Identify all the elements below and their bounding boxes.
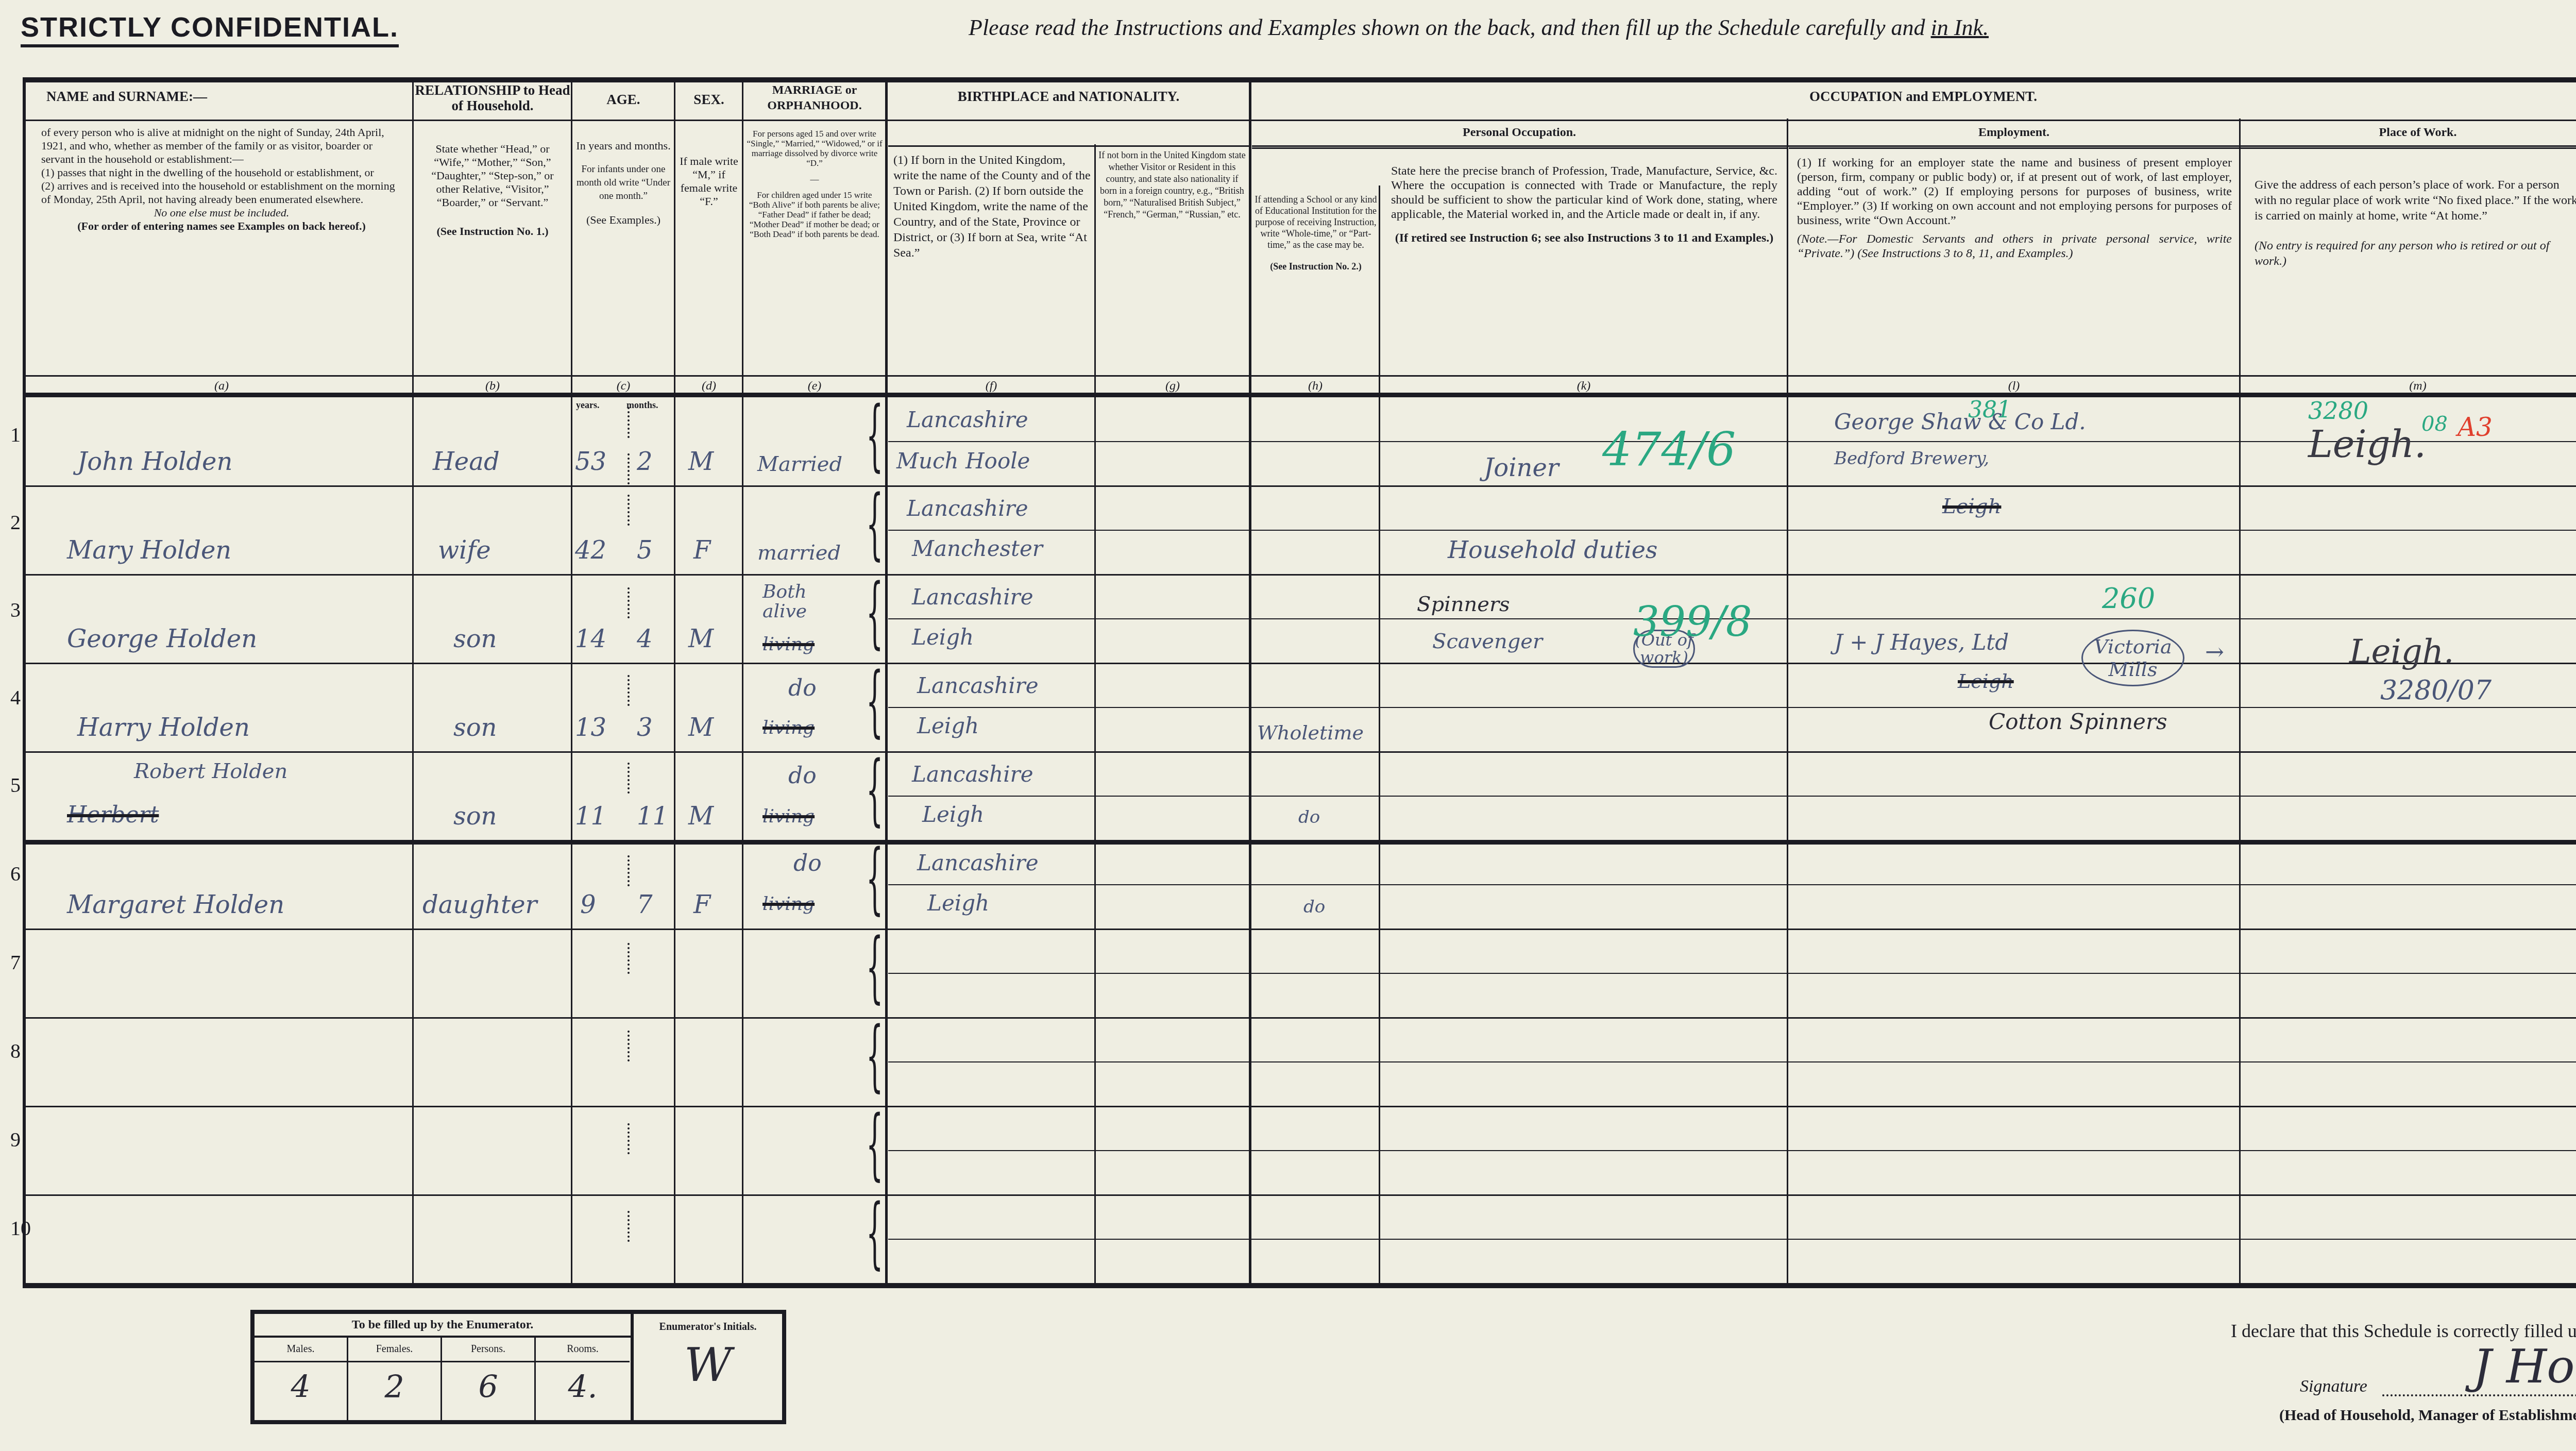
- half-rule-7: [888, 973, 2576, 974]
- divider-f-g: [1094, 144, 1096, 1283]
- divider-g-h: [1249, 82, 1251, 1283]
- age-years-cell[interactable]: 11: [575, 802, 606, 831]
- col-a-body4: No one else must be included.: [41, 206, 402, 220]
- age-years-cell[interactable]: 13: [575, 713, 606, 742]
- row-rule-1: [26, 485, 2576, 487]
- marriage-cell[interactable]: Married: [757, 452, 842, 476]
- instruction-ink: in Ink.: [1931, 15, 1989, 40]
- colid-rule: [26, 375, 2576, 377]
- employer-code: 381: [1968, 397, 2011, 423]
- col-c-id: (c): [573, 379, 674, 393]
- occupation-cell-2[interactable]: Scavenger: [1432, 630, 1543, 653]
- age-separator: [628, 495, 630, 526]
- row-rule-3: [26, 663, 2576, 664]
- col-b-instructions: State whether “Head,” or “Wife,” “Mother…: [419, 142, 566, 238]
- col-f-instructions: (1) If born in the United Kingdom, write…: [893, 153, 1091, 261]
- sex-cell[interactable]: F: [693, 536, 710, 565]
- birth-county-cell[interactable]: Lancashire: [912, 584, 1033, 610]
- col-a-body3: (2) arrives and is received into the hou…: [41, 179, 402, 206]
- row-rule-7: [26, 1017, 2576, 1019]
- col-e-instructions: For persons aged 15 and over write “Sing…: [746, 129, 883, 239]
- enumerator-totals-box: To be filled up by the Enumerator. Males…: [250, 1310, 786, 1424]
- col-e-title: MARRIAGE or ORPHANHOOD.: [744, 82, 885, 113]
- document-title: STRICTLY CONFIDENTIAL.: [21, 11, 399, 47]
- name-cell[interactable]: John Holden: [77, 447, 232, 476]
- instruction-text: Please read the Instructions and Example…: [969, 15, 1931, 40]
- col-m-id: (m): [2241, 379, 2576, 393]
- enumerator-initials-field[interactable]: Enumerator's Initials.W: [631, 1314, 782, 1420]
- age-separator: [628, 855, 630, 886]
- row-number: 1: [10, 423, 21, 447]
- place-code-red: A3: [2458, 412, 2493, 442]
- brace-icon: {: [866, 751, 883, 829]
- signature-label: Signature: [2300, 1377, 2367, 1396]
- col-l-id: (l): [1789, 379, 2239, 393]
- name-correction[interactable]: Robert Holden: [134, 760, 287, 783]
- employer-town-struck: Leigh: [1942, 495, 2001, 518]
- birth-town-cell[interactable]: Leigh: [922, 802, 984, 827]
- col-fg-title: BIRTHPLACE and NATIONALITY.: [888, 89, 1249, 104]
- marriage-struck: living: [762, 806, 815, 827]
- col-d-instructions: If male write “M,” if female write “F.”: [679, 155, 739, 208]
- col-c-instructions: In years and months.For infants under on…: [576, 139, 671, 227]
- place-code: 3280: [2308, 397, 2368, 425]
- col-d-title: SEX.: [676, 92, 742, 107]
- relationship-cell[interactable]: son: [453, 802, 497, 831]
- col-g-instructions: If not born in the United Kingdom state …: [1097, 149, 1247, 221]
- relationship-cell[interactable]: son: [453, 713, 497, 742]
- sex-cell[interactable]: M: [688, 625, 714, 653]
- row-number: 8: [10, 1039, 21, 1063]
- age-separator: [628, 1031, 630, 1061]
- rooms-field[interactable]: Rooms.4.: [536, 1338, 630, 1420]
- birth-county-cell[interactable]: Lancashire: [917, 673, 1039, 698]
- females-field[interactable]: Females.2: [348, 1338, 442, 1420]
- row-number: 10: [10, 1216, 31, 1240]
- personal-occupation-rule: [1252, 147, 1787, 149]
- marriage-cell[interactable]: do: [788, 675, 817, 701]
- age-years-cell[interactable]: 42: [575, 536, 606, 565]
- fill-instructions: Please read the Instructions and Example…: [969, 14, 1989, 41]
- row-rule-8: [26, 1106, 2576, 1107]
- age-years-cell[interactable]: 9: [580, 890, 596, 919]
- occupation-cell[interactable]: Joiner: [1484, 453, 1559, 482]
- place-code: 3280/07: [2380, 675, 2492, 706]
- employer-address-cell[interactable]: Bedford Brewery,: [1834, 448, 1989, 469]
- school-cell[interactable]: do: [1303, 897, 1325, 917]
- employment-rule: [1789, 147, 2576, 149]
- row-number: 3: [10, 598, 21, 622]
- marriage-struck: living: [762, 893, 815, 915]
- signature[interactable]: J Holden: [2473, 1340, 2576, 1394]
- brace-icon: {: [866, 397, 883, 474]
- occupation-cell[interactable]: Household duties: [1448, 536, 1657, 564]
- employer-cell[interactable]: George Shaw & Co Ld.: [1834, 409, 2086, 434]
- half-rule-10: [888, 1239, 2576, 1240]
- col-k-id: (k): [1381, 379, 1787, 393]
- occupation-code: 474/6: [1602, 423, 1736, 477]
- age-separator: [628, 943, 630, 974]
- divider-e-f: [885, 82, 888, 1283]
- marriage-struck: living: [762, 634, 815, 655]
- birth-county-cell[interactable]: Lancashire: [912, 762, 1033, 787]
- row-number: 4: [10, 685, 21, 710]
- age-separator: [628, 675, 630, 706]
- school-cell[interactable]: do: [1298, 807, 1320, 828]
- brace-icon: {: [866, 485, 883, 563]
- row-rule-4: [26, 751, 2576, 753]
- employer-struck: Leigh: [1958, 670, 2014, 693]
- occupation-subrule: [1252, 145, 2576, 147]
- row-rule-5: [26, 840, 2576, 845]
- declaration-text: I declare that this Schedule is correctl…: [2231, 1320, 2576, 1342]
- males-field[interactable]: Males.4: [255, 1338, 348, 1420]
- sex-cell[interactable]: M: [688, 713, 714, 742]
- age-months-cell[interactable]: 4: [637, 625, 653, 653]
- age-separator: [628, 1211, 630, 1242]
- age-months-cell[interactable]: 7: [637, 890, 653, 919]
- row-number: 6: [10, 862, 21, 886]
- col-d-id: (d): [676, 379, 742, 393]
- name-cell[interactable]: Mary Holden: [67, 536, 231, 565]
- col-a-body2: (1) passes that night in the dwelling of…: [41, 166, 402, 179]
- marriage-cell[interactable]: do: [793, 850, 822, 876]
- divider-a-b: [412, 82, 414, 1283]
- col-m-instructions: Give the address of each person’s place …: [2255, 177, 2576, 269]
- col-b-title: RELATIONSHIP to Head of Household.: [414, 82, 571, 113]
- brace-icon: {: [866, 663, 883, 740]
- row-number: 2: [10, 510, 21, 534]
- col-a-body1: of every person who is alive at midnight…: [41, 126, 402, 166]
- half-rule-2: [888, 530, 2576, 531]
- divider-c-d: [674, 82, 675, 1283]
- col-a-title: NAME and SURNAME:—: [31, 89, 412, 104]
- signature-note: (Head of Household, Manager of Establish…: [2279, 1407, 2576, 1424]
- relationship-cell[interactable]: Head: [433, 447, 500, 476]
- occupation-code: 399/8: [1633, 598, 1752, 646]
- brace-icon: {: [866, 574, 883, 651]
- brace-icon: {: [866, 1106, 883, 1183]
- marriage-cell[interactable]: Both alive: [762, 582, 814, 621]
- row-number: 9: [10, 1127, 21, 1152]
- birth-town-cell[interactable]: Leigh: [912, 625, 974, 650]
- birthplace-subrule: [888, 145, 1249, 147]
- divider-b-c: [571, 82, 572, 1283]
- divider-h-k: [1379, 185, 1380, 1283]
- half-rule-5: [888, 796, 2576, 797]
- employer-circled: Victoria Mills: [2081, 630, 2184, 686]
- col-k-instructions: State here the precise branch of Profess…: [1391, 164, 1777, 245]
- place-code-2: 08: [2421, 412, 2448, 436]
- row-rule-2: [26, 574, 2576, 576]
- signature-line[interactable]: [2382, 1394, 2576, 1396]
- half-rule-9: [888, 1150, 2576, 1151]
- relationship-cell[interactable]: son: [453, 625, 497, 653]
- employer-cell[interactable]: J + J Hayes, Ltd: [1834, 630, 2009, 655]
- age-months-cell[interactable]: 2: [637, 447, 653, 476]
- col-k-title: Personal Occupation.: [1252, 126, 1787, 139]
- col-h-id: (h): [1252, 379, 1379, 393]
- divider-k-l: [1787, 119, 1788, 1283]
- name-cell[interactable]: George Holden: [67, 625, 257, 653]
- employer-business[interactable]: Cotton Spinners: [1989, 709, 2167, 734]
- row-rule-6: [26, 929, 2576, 930]
- age-separator: [628, 587, 630, 618]
- relationship-cell[interactable]: daughter: [422, 890, 537, 919]
- brace-icon: {: [866, 840, 883, 917]
- persons-field[interactable]: Persons.6: [442, 1338, 536, 1420]
- col-g-id: (g): [1096, 379, 1249, 393]
- row-number: 5: [10, 773, 21, 797]
- sex-cell[interactable]: M: [688, 802, 714, 831]
- marriage-struck: living: [762, 717, 815, 738]
- age-years-cell[interactable]: 53: [575, 447, 606, 476]
- birth-county-cell[interactable]: Lancashire: [907, 407, 1028, 432]
- age-years-label: years.: [576, 400, 599, 411]
- age-months-cell[interactable]: 5: [637, 536, 653, 565]
- brace-icon: {: [866, 929, 883, 1006]
- name-struck: Herbert: [67, 802, 159, 828]
- col-l-instructions: (1) If working for an employer state the…: [1797, 156, 2232, 261]
- age-months-cell[interactable]: 11: [637, 802, 668, 831]
- row-number: 7: [10, 950, 21, 974]
- enumerator-box-title: To be filled up by the Enumerator.: [255, 1314, 631, 1338]
- row-rule-9: [26, 1194, 2576, 1196]
- age-separator: [628, 453, 630, 484]
- arrow-icon: →: [2205, 639, 2224, 665]
- sex-cell[interactable]: M: [688, 447, 714, 476]
- header-bottom-rule: [26, 393, 2576, 397]
- marriage-cell[interactable]: married: [757, 541, 841, 565]
- age-years-cell[interactable]: 14: [575, 625, 606, 653]
- age-separator: [628, 763, 630, 794]
- header-rule: [26, 120, 2576, 121]
- age-months-cell[interactable]: 3: [637, 713, 653, 742]
- col-f-id: (f): [888, 379, 1094, 393]
- age-separator: [628, 407, 630, 438]
- half-rule-4: [888, 707, 2576, 708]
- divider-d-e: [742, 82, 743, 1283]
- col-a-id: (a): [31, 379, 412, 393]
- col-h-instructions: If attending a School or any kind of Edu…: [1254, 194, 1378, 272]
- divider-l-m: [2239, 119, 2241, 1283]
- brace-icon: {: [866, 1194, 883, 1272]
- half-rule-8: [888, 1061, 2576, 1062]
- place-of-work-cell[interactable]: Leigh.: [2308, 423, 2426, 466]
- col-b-id: (b): [414, 379, 571, 393]
- col-e-id: (e): [744, 379, 885, 393]
- employer-code: 260: [2102, 582, 2155, 615]
- name-cell[interactable]: Harry Holden: [77, 713, 250, 742]
- age-separator: [628, 1123, 630, 1154]
- birth-town-cell[interactable]: Leigh: [927, 890, 989, 916]
- name-cell[interactable]: Margaret Holden: [67, 890, 284, 919]
- brace-icon: {: [866, 1017, 883, 1094]
- col-l-title: Employment.: [1789, 126, 2239, 139]
- place-of-work-cell[interactable]: Leigh.: [2349, 633, 2454, 671]
- birth-town-cell[interactable]: Manchester: [912, 536, 1043, 561]
- birth-town-cell[interactable]: Much Hoole: [896, 448, 1030, 474]
- birth-county-cell[interactable]: Lancashire: [917, 850, 1039, 875]
- col-a-instructions: of every person who is alive at midnight…: [41, 126, 402, 233]
- birth-county-cell[interactable]: Lancashire: [907, 496, 1028, 521]
- birth-town-cell[interactable]: Leigh: [917, 713, 979, 738]
- relationship-cell[interactable]: wife: [438, 536, 491, 565]
- half-rule-6: [888, 884, 2576, 885]
- occupation-cell[interactable]: Spinners: [1417, 593, 1510, 616]
- occupation-title: OCCUPATION and EMPLOYMENT.: [1252, 89, 2576, 104]
- col-m-title: Place of Work.: [2241, 126, 2576, 139]
- marriage-cell[interactable]: do: [788, 763, 817, 789]
- col-c-title: AGE.: [573, 92, 674, 107]
- school-cell[interactable]: Wholetime: [1257, 721, 1364, 744]
- col-a-body5: (For order of entering names see Example…: [41, 220, 402, 233]
- sex-cell[interactable]: F: [693, 890, 710, 919]
- age-months-label: months.: [626, 400, 658, 411]
